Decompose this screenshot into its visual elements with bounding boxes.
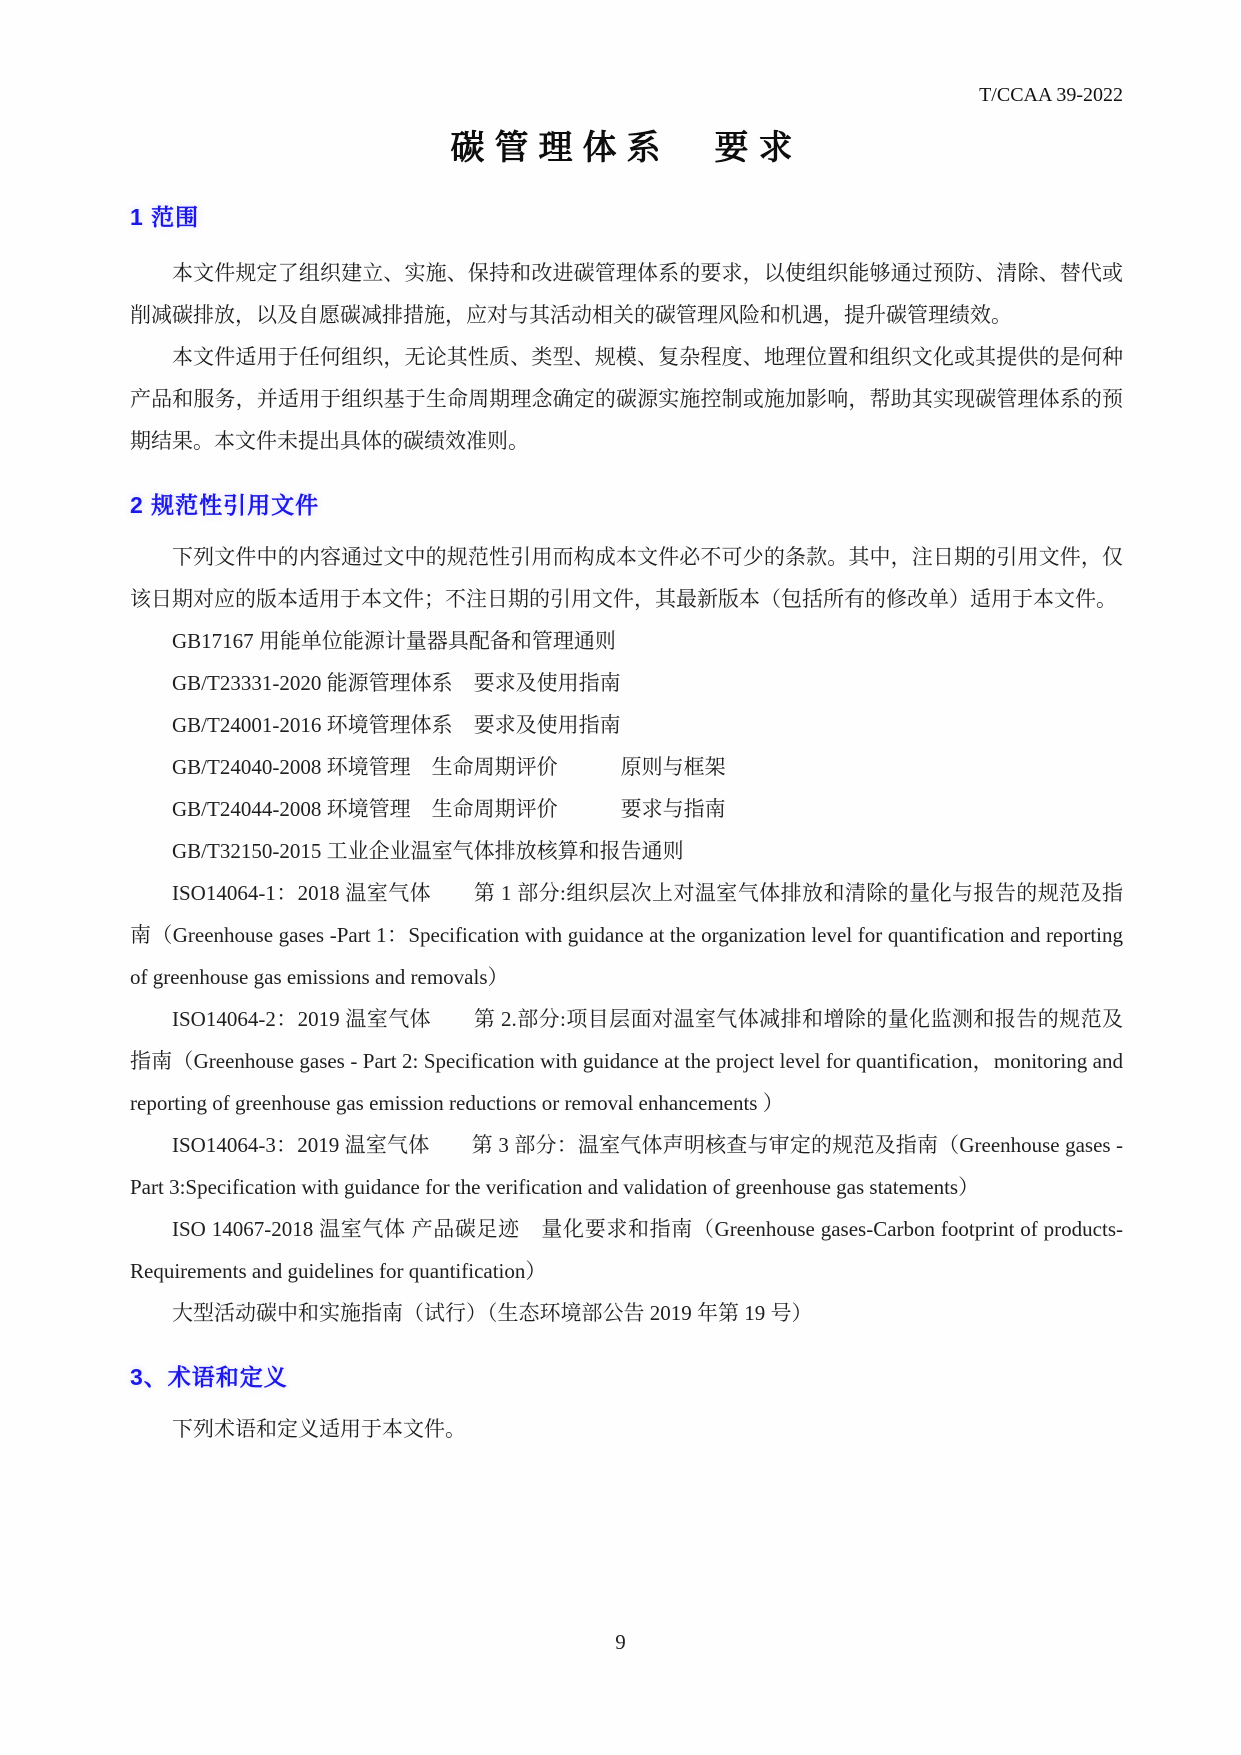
scope-paragraph-1: 本文件规定了组织建立、实施、保持和改进碳管理体系的要求，以使组织能够通过预防、清… bbox=[130, 252, 1123, 336]
section-3-heading: 3、术语和定义 bbox=[130, 1360, 1123, 1394]
reference-gbt24040-2008: GB/T24040-2008 环境管理 生命周期评价 原则与框架 bbox=[130, 746, 1123, 788]
reference-iso14064-2: ISO14064-2：2019 温室气体 第 2.部分:项目层面对温室气体减排和… bbox=[130, 998, 1123, 1124]
reference-gbt24001-2016: GB/T24001-2016 环境管理体系 要求及使用指南 bbox=[130, 704, 1123, 746]
reference-iso14064-1: ISO14064-1：2018 温室气体 第 1 部分:组织层次上对温室气体排放… bbox=[130, 872, 1123, 998]
section-normative-references: 2 规范性引用文件 下列文件中的内容通过文中的规范性引用而构成本文件必不可少的条… bbox=[130, 488, 1123, 1334]
document-title: 碳管理体系 要求 bbox=[130, 122, 1123, 174]
section-scope: 1 范围 本文件规定了组织建立、实施、保持和改进碳管理体系的要求，以使组织能够通… bbox=[130, 200, 1123, 462]
reference-gbt24044-2008: GB/T24044-2008 环境管理 生命周期评价 要求与指南 bbox=[130, 788, 1123, 830]
reference-gbt23331-2020: GB/T23331-2020 能源管理体系 要求及使用指南 bbox=[130, 662, 1123, 704]
terms-intro-paragraph: 下列术语和定义适用于本文件。 bbox=[130, 1408, 1123, 1450]
reference-iso14064-3: ISO14064-3：2019 温室气体 第 3 部分：温室气体声明核查与审定的… bbox=[130, 1124, 1123, 1208]
page-number: 9 bbox=[0, 1628, 1241, 1656]
reference-gbt32150-2015: GB/T32150-2015 工业企业温室气体排放核算和报告通则 bbox=[130, 830, 1123, 872]
scope-paragraph-2: 本文件适用于任何组织，无论其性质、类型、规模、复杂程度、地理位置和组织文化或其提… bbox=[130, 336, 1123, 462]
document-page: T/CCAA 39-2022 碳管理体系 要求 1 范围 本文件规定了组织建立、… bbox=[0, 0, 1241, 1755]
reference-large-event-carbon-neutral-guide: 大型活动碳中和实施指南（试行）（生态环境部公告 2019 年第 19 号） bbox=[130, 1292, 1123, 1334]
reference-gb17167: GB17167 用能单位能源计量器具配备和管理通则 bbox=[130, 620, 1123, 662]
standard-number: T/CCAA 39-2022 bbox=[979, 84, 1123, 106]
section-2-heading: 2 规范性引用文件 bbox=[130, 488, 1123, 522]
reference-iso14067-2018: ISO 14067-2018 温室气体 产品碳足迹 量化要求和指南（Greenh… bbox=[130, 1208, 1123, 1292]
normative-references-intro: 下列文件中的内容通过文中的规范性引用而构成本文件必不可少的条款。其中，注日期的引… bbox=[130, 536, 1123, 620]
section-terms-and-definitions: 3、术语和定义 下列术语和定义适用于本文件。 bbox=[130, 1360, 1123, 1450]
section-1-heading: 1 范围 bbox=[130, 200, 1123, 234]
page-header: T/CCAA 39-2022 bbox=[130, 84, 1123, 106]
